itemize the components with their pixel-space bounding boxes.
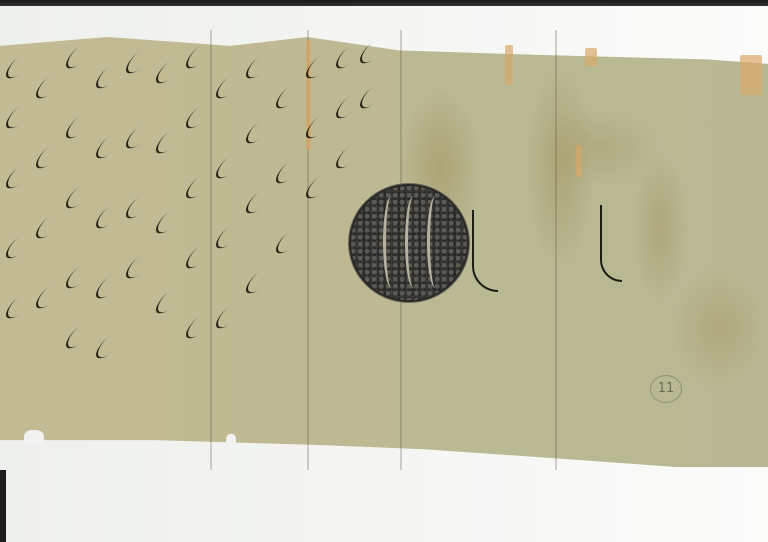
folio-number: 11 [650, 375, 682, 403]
fold-line [555, 30, 557, 470]
paper-hole [24, 430, 44, 446]
signature-bracket [472, 210, 498, 292]
tear-mark [585, 48, 597, 66]
invocation-heading [600, 205, 622, 282]
tear-mark [505, 45, 513, 85]
scanner-left-edge [0, 470, 6, 542]
seal-stamp [349, 184, 469, 302]
tear-mark [576, 145, 582, 177]
calligraphy-text-block [0, 36, 380, 396]
paper-hole [226, 434, 236, 448]
tear-mark [740, 55, 762, 95]
